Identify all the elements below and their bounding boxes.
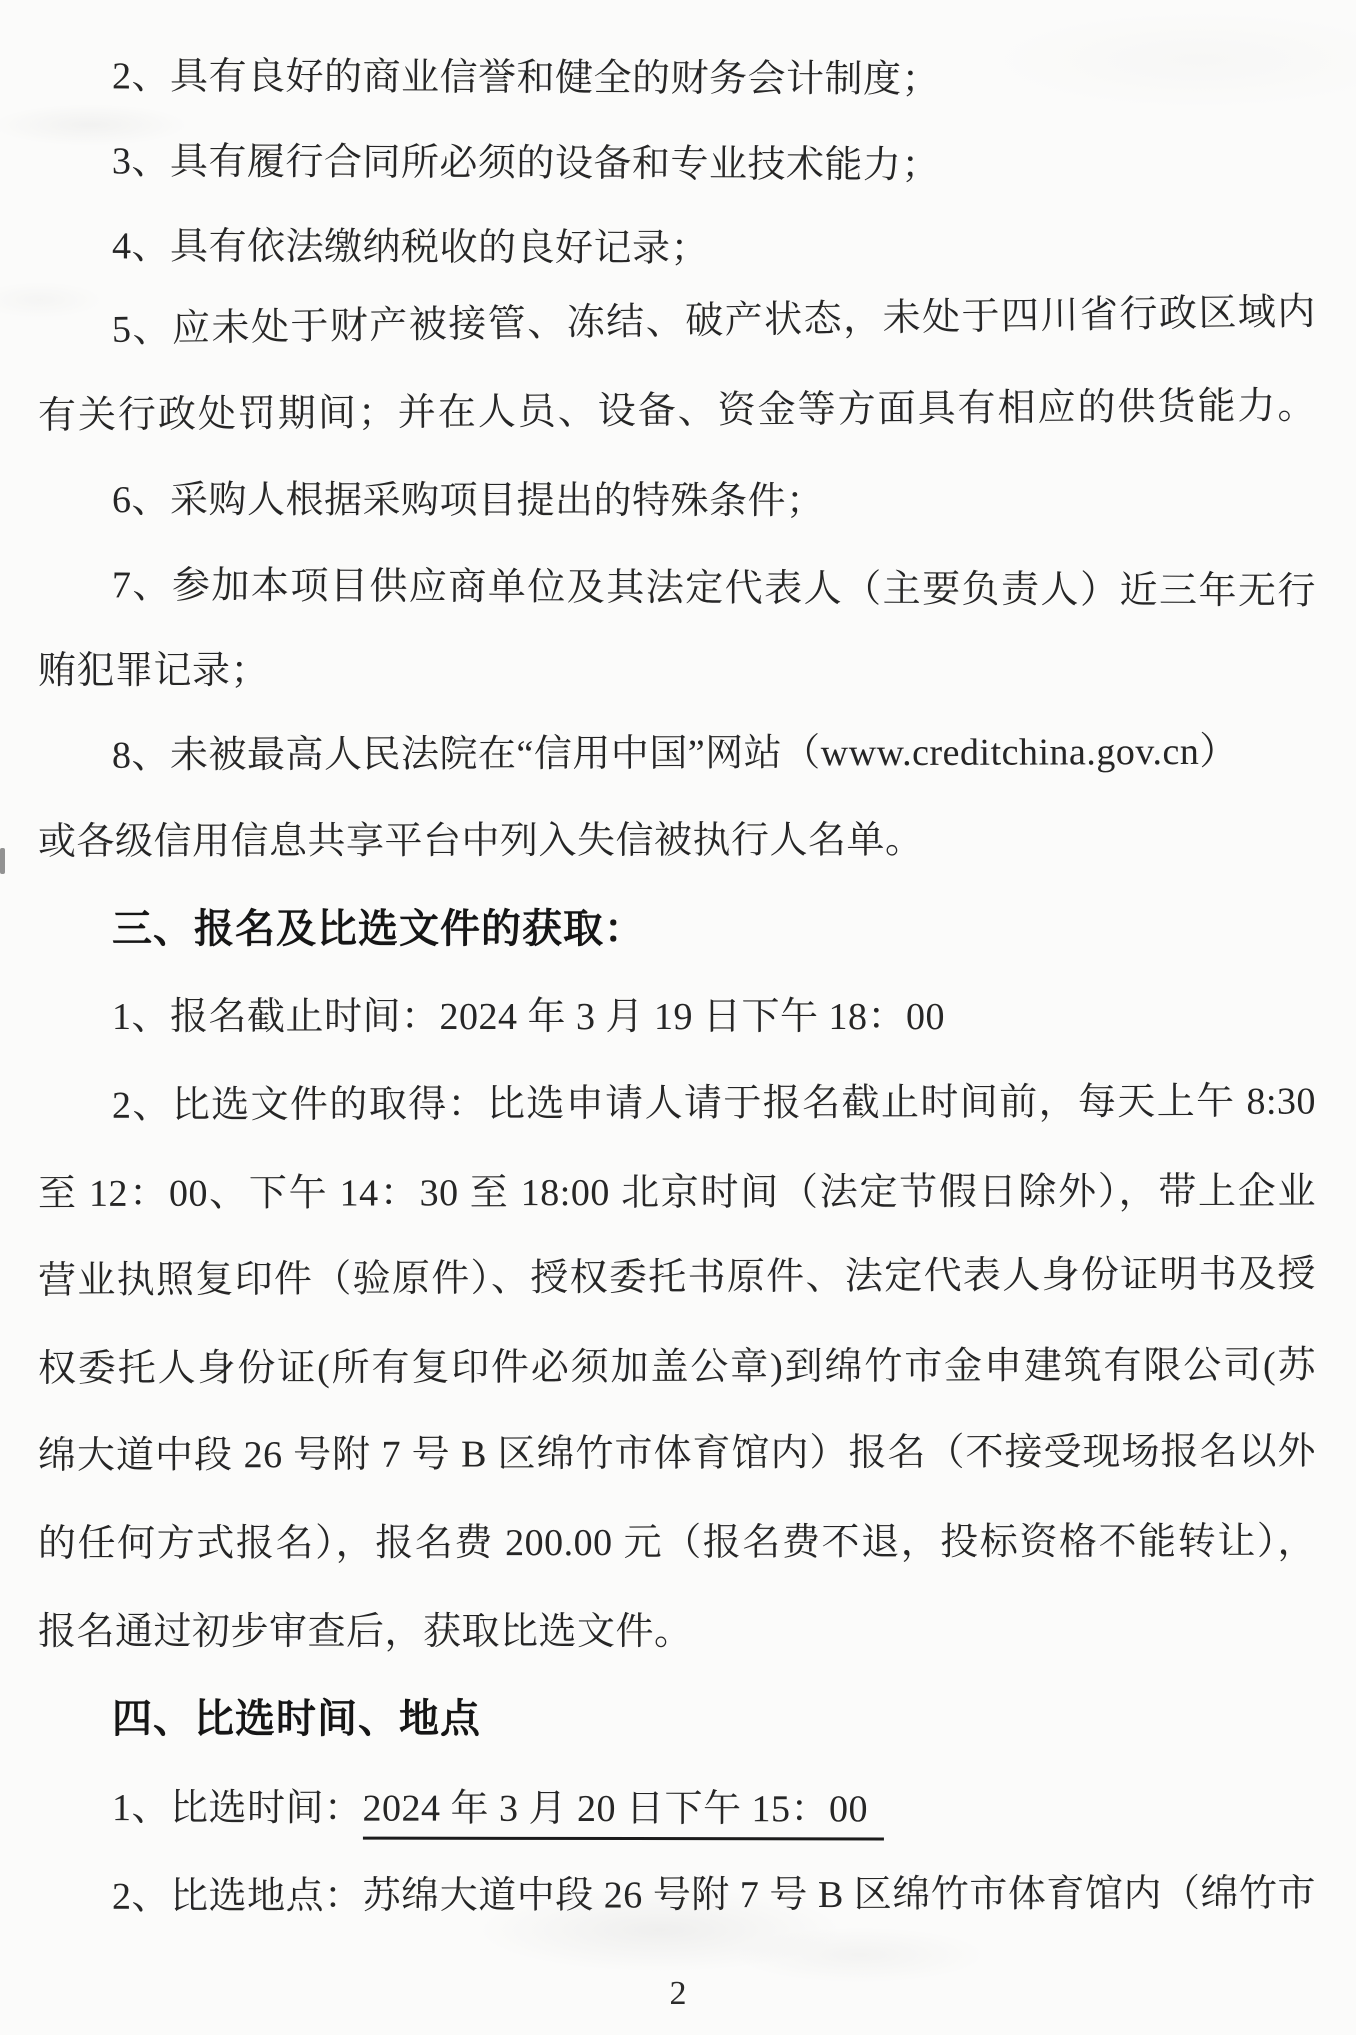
text-line-content: 或各级信用信息共享平台中列入失信被执行人名单。 bbox=[38, 819, 924, 863]
scan-artifact bbox=[0, 848, 5, 874]
text-line-content: 有关行政处罚期间；并在人员、设备、资金等方面具有相应的供货能力。 bbox=[38, 385, 1316, 437]
text-line: 至 12：00、下午 14：30 至 18:00 北京时间（法定节假日除外），带… bbox=[38, 1168, 1316, 1218]
text-line: 有关行政处罚期间；并在人员、设备、资金等方面具有相应的供货能力。 bbox=[38, 382, 1316, 440]
text-line: 5、应未处于财产被接管、冻结、破产状态，未处于四川省行政区域内 bbox=[38, 288, 1317, 355]
text-line: 绵大道中段 26 号附 7 号 B 区绵竹市体育馆内）报名（不接受现场报名以外 bbox=[38, 1428, 1316, 1480]
text-line-content: 至 12：00、下午 14：30 至 18:00 北京时间（法定节假日除外），带… bbox=[38, 1171, 1316, 1215]
text-line-content: 2、比选地点：苏绵大道中段 26 号附 7 号 B 区绵竹市体育馆内（绵竹市 bbox=[112, 1873, 1316, 1918]
text-line-content: 1、报名截止时间：2024 年 3 月 19 日下午 18：00 bbox=[112, 996, 945, 1038]
text-line-content: 4、具有依法缴纳税收的良好记录； bbox=[112, 225, 709, 270]
text-line: 营业执照复印件（验原件）、授权委托书原件、法定代表人身份证明书及授 bbox=[38, 1250, 1316, 1305]
text-line: 7、参加本项目供应商单位及其法定代表人（主要负责人）近三年无行 bbox=[38, 561, 1316, 616]
text-line: 贿犯罪记录； bbox=[38, 647, 1316, 695]
text-line-content: 3、具有履行合同所必须的设备和专业技术能力； bbox=[112, 140, 940, 186]
text-line-content: 7、参加本项目供应商单位及其法定代表人（主要负责人）近三年无行 bbox=[112, 564, 1316, 612]
text-line: 8、未被最高人民法院在“信用中国”网站（www.creditchina.gov.… bbox=[38, 728, 1316, 780]
text-line-content: 贿犯罪记录； bbox=[38, 650, 269, 692]
text-line: 权委托人身份证(所有复印件必须加盖公章)到绵竹市金申建筑有限公司(苏 bbox=[38, 1342, 1316, 1393]
text-line-content: 2、具有良好的商业信誉和健全的财务会计制度； bbox=[112, 55, 940, 101]
text-line-content: 2、比选文件的取得：比选申请人请于报名截止时间前，每天上午 8:30 bbox=[112, 1081, 1316, 1127]
section-heading: 四、比选时间、地点 bbox=[38, 1695, 1316, 1743]
text-line-content: 权委托人身份证(所有复印件必须加盖公章)到绵竹市金申建筑有限公司(苏 bbox=[38, 1345, 1316, 1390]
section-heading-text: 四、比选时间、地点 bbox=[112, 1697, 481, 1741]
text-line-content: 报名通过初步审查后，获取比选文件。 bbox=[38, 1611, 693, 1653]
text-line: 的任何方式报名），报名费 200.00 元（报名费不退，投标资格不能转让）， bbox=[38, 1518, 1316, 1568]
document-page: 2、具有良好的商业信誉和健全的财务会计制度； 3、具有履行合同所必须的设备和专业… bbox=[0, 0, 1356, 2035]
text-line-content: 5、应未处于财产被接管、冻结、破产状态，未处于四川省行政区域内 bbox=[112, 291, 1316, 351]
underlined-date: 2024 年 3 月 20 日下午 15：00 bbox=[362, 1788, 884, 1841]
text-line: 1、报名截止时间：2024 年 3 月 19 日下午 18：00 bbox=[38, 993, 1316, 1041]
text-line: 1、比选时间：2024 年 3 月 20 日下午 15：00 bbox=[38, 1784, 1316, 1834]
text-line: 或各级信用信息共享平台中列入失信被执行人名单。 bbox=[38, 816, 1316, 866]
page-number: 2 bbox=[0, 1975, 1356, 2013]
text-line: 2、比选地点：苏绵大道中段 26 号附 7 号 B 区绵竹市体育馆内（绵竹市 bbox=[38, 1870, 1316, 1921]
text-line: 4、具有依法缴纳税收的良好记录； bbox=[38, 222, 1316, 276]
text-line-content: 营业执照复印件（验原件）、授权委托书原件、法定代表人身份证明书及授 bbox=[38, 1253, 1316, 1302]
text-line-content: 绵大道中段 26 号附 7 号 B 区绵竹市体育馆内）报名（不接受现场报名以外 bbox=[38, 1431, 1316, 1477]
section-heading: 三、报名及比选文件的获取： bbox=[38, 905, 1316, 953]
text-line-content: 8、未被最高人民法院在“信用中国”网站（www.creditchina.gov.… bbox=[112, 731, 1238, 777]
section-heading-text: 三、报名及比选文件的获取： bbox=[112, 907, 645, 951]
text-line-content: 6、采购人根据采购项目提出的特殊条件； bbox=[112, 479, 825, 522]
text-line-content: 的任何方式报名），报名费 200.00 元（报名费不退，投标资格不能转让）， bbox=[38, 1521, 1316, 1565]
text-line: 6、采购人根据采购项目提出的特殊条件； bbox=[38, 476, 1316, 526]
text-line: 3、具有履行合同所必须的设备和专业技术能力； bbox=[38, 137, 1316, 192]
text-line: 报名通过初步审查后，获取比选文件。 bbox=[38, 1608, 1316, 1656]
text-line-content: 1、比选时间： bbox=[112, 1787, 363, 1829]
text-line: 2、比选文件的取得：比选申请人请于报名截止时间前，每天上午 8:30 bbox=[38, 1078, 1316, 1130]
text-line: 2、具有良好的商业信誉和健全的财务会计制度； bbox=[38, 52, 1316, 106]
